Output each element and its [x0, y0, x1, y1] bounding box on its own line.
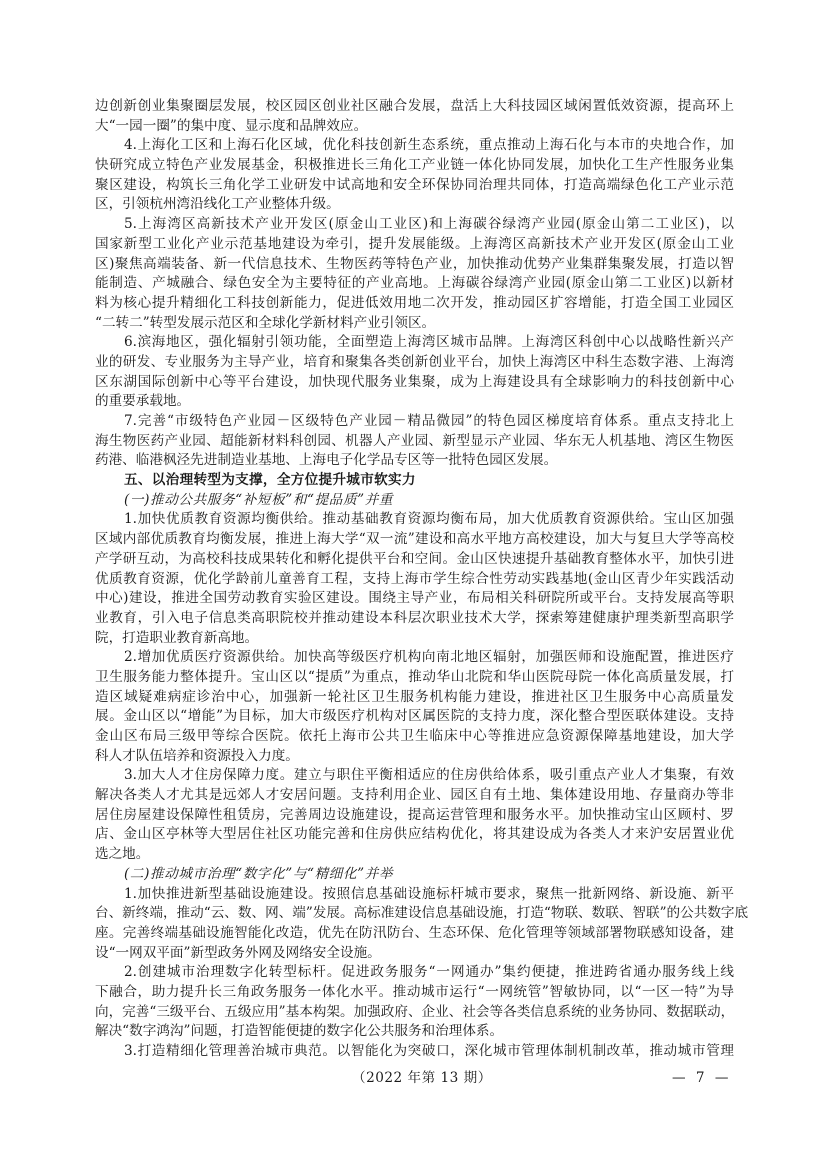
paragraph-end-line: 大“一园一圈”的集中度、显示度和品牌效应。	[95, 117, 734, 137]
text-line: 边创新创业集聚圈层发展，校区园区创业社区融合发展，盘活上大科技园区域闲置低效资源…	[95, 97, 734, 117]
text-line: 海生物医药产业园、超能新材料科创园、机器人产业园、新型显示产业园、华东无人机基地…	[95, 432, 734, 452]
text-line: 国家新型工业化产业示范基地建设为牵引，提升发展能级。上海湾区高新技术产业开发区(…	[95, 235, 734, 255]
text-line: 居住房屋建设保障性租赁房，完善周边设施建设，提高运营管理和服务水平。加快推动宝山…	[95, 806, 734, 826]
paragraph-end-line: 的重要承载地。	[95, 392, 734, 412]
text-line: 台、新终端，推动“云、数、网、端”发展。高标准建设信息基础设施，打造“物联、数联…	[95, 904, 734, 924]
text-line: 造区域疑难病症诊治中心，加强新一轮社区卫生服务机构能力建设，推进社区卫生服务中心…	[95, 688, 734, 708]
paragraph-end-line: “二转二”转型发展示范区和全球化学新材料产业引领区。	[95, 314, 734, 334]
text-line: 下融合，助力提升长三角政务服务一体化水平。推动城市运行“一网统管”智敏协同，以“…	[95, 983, 734, 1003]
paragraph-start-line: 2.增加优质医疗资源供给。加快高等级医疗机构向南北地区辐射，加强医师和设施配置，…	[95, 648, 734, 668]
text-line: 解决各类人才尤其是远郊人才安居问题。支持利用企业、园区自有土地、集体建设用地、存…	[95, 786, 734, 806]
paragraph-start-line: 3.加大人才住房保障力度。建立与职住平衡相适应的住房供给体系，吸引重点产业人才集…	[95, 766, 734, 786]
text-line: 座。完善终端基础设施智能化改造，优先在防汛防台、生态环保、危化管理等领域部署物联…	[95, 924, 734, 944]
text-line: 金山区布局三级甲等综合医院。依托上海市公共卫生临床中心等推进应急资源保障基地建设…	[95, 727, 734, 747]
document-body: 边创新创业集聚圈层发展，校区园区创业社区融合发展，盘活上大科技园区域闲置低效资源…	[95, 97, 734, 1062]
subsection-heading: (二)推动城市治理“数字化”与“精细化”并举	[95, 865, 734, 885]
text-line: 产学研互动，为高校科技成果转化和孵化提供平台和空间。金山区快速提升基础教育整体水…	[95, 550, 734, 570]
text-line: 业教育，引入电子信息类高职院校并推动建设本科层次职业技术大学，探索筹建健康护理类…	[95, 609, 734, 629]
paragraph-start-line: 2.创建城市治理数字化转型标杆。促进政务服务“一网通办”集约便捷，推进跨省通办服…	[95, 963, 734, 983]
text-line: 向，完善“三级平台、五级应用”基本构架。加强政府、企业、社会等各类信息系统的业务…	[95, 1003, 734, 1023]
page-number: — 7 —	[672, 1068, 731, 1088]
section-heading: 五、以治理转型为支撑，全方位提升城市软实力	[95, 471, 734, 491]
issue-label: （2022 年第 13 期）	[352, 1068, 492, 1088]
paragraph-start-line: 1.加快优质教育资源均衡供给。推动基础教育资源均衡布局，加大优质教育资源供给。宝…	[95, 510, 734, 530]
text-line: 能制造、产城融合、绿色安全为主要特征的产业高地。上海碳谷绿湾产业园(原金山第二工…	[95, 274, 734, 294]
paragraph-end-line: 设“一网双平面”新型政务外网及网络安全设施。	[95, 944, 734, 964]
paragraph-start-line: 6.滨海地区，强化辐射引领功能，全面塑造上海湾区城市品牌。上海湾区科创中心以战略…	[95, 333, 734, 353]
text-line: 聚区建设，构筑长三角化学工业研发中试高地和安全环保协同治理共同体，打造高端绿色化…	[95, 176, 734, 196]
text-line: 区域内部优质教育均衡发展，推进上海大学“双一流”建设和高水平地方高校建设，加大与…	[95, 530, 734, 550]
text-line: 区)聚焦高端装备、新一代信息技术、生物医药等特色产业，加快推动优势产业集群集聚发…	[95, 255, 734, 275]
text-line: 店、金山区亭林等大型居住社区功能完善和住房供应结构优化，将其建设成为各类人才来沪…	[95, 825, 734, 845]
paragraph-end-line: 选之地。	[95, 845, 734, 865]
text-line: 优质教育资源，优化学龄前儿童善育工程，支持上海市学生综合性劳动实践基地(金山区青…	[95, 570, 734, 590]
text-line: 区东湖国际创新中心等平台建设，加快现代服务业集聚，成为上海建设具有全球影响力的科…	[95, 373, 734, 393]
paragraph-end-line: 科人才队伍培养和资源投入力度。	[95, 747, 734, 767]
paragraph-end-line: 区，引领杭州湾沿线化工产业整体升级。	[95, 195, 734, 215]
subsection-heading: (一)推动公共服务“补短板”和“提品质”并重	[95, 491, 734, 511]
paragraph-end-line: 院，打造职业教育新高地。	[95, 629, 734, 649]
text-line: 料为核心提升精细化工科技创新能力，促进低效用地二次开发，推动园区扩容增能，打造全…	[95, 294, 734, 314]
paragraph-end-line: 解决“数字鸿沟”问题，打造智能便捷的数字化公共服务和治理体系。	[95, 1022, 734, 1042]
paragraph-start-line: 7.完善“市级特色产业园－区级特色产业园－精品微园”的特色园区梯度培育体系。重点…	[95, 412, 734, 432]
text-line: 中心)建设，推进全国劳动教育实验区建设。围绕主导产业，布局相关科研院所或平台。支…	[95, 589, 734, 609]
text-line: 卫生服务能力整体提升。宝山区以“提质”为重点，推动华山北院和华山医院母院一体化高…	[95, 668, 734, 688]
text-line: 展。金山区以“增能”为目标，加大市级医疗机构对区属医院的支持力度，深化整合型医联…	[95, 707, 734, 727]
paragraph-end-line: 药港、临港枫泾先进制造业基地、上海电子化学品专区等一批特色园区发展。	[95, 451, 734, 471]
paragraph-start-line: 5.上海湾区高新技术产业开发区(原金山工业区)和上海碳谷绿湾产业园(原金山第二工…	[95, 215, 734, 235]
page-footer: （2022 年第 13 期） — 7 —	[0, 1068, 827, 1088]
paragraph-start-line: 1.加快推进新型基础设施建设。按照信息基础设施标杆城市要求，聚焦一批新网络、新设…	[95, 885, 734, 905]
paragraph-start-line: 3.打造精细化管理善治城市典范。以智能化为突破口，深化城市管理体制机制改革，推动…	[95, 1042, 734, 1062]
text-line: 业的研发、专业服务为主导产业，培育和聚集各类创新创业平台，加快上海湾区中科生态数…	[95, 353, 734, 373]
text-line: 快研究成立特色产业发展基金，积极推进长三角化工产业链一体化协同发展，加快化工生产…	[95, 156, 734, 176]
paragraph-start-line: 4.上海化工区和上海石化区域，优化科技创新生态系统，重点推动上海石化与本市的央地…	[95, 136, 734, 156]
